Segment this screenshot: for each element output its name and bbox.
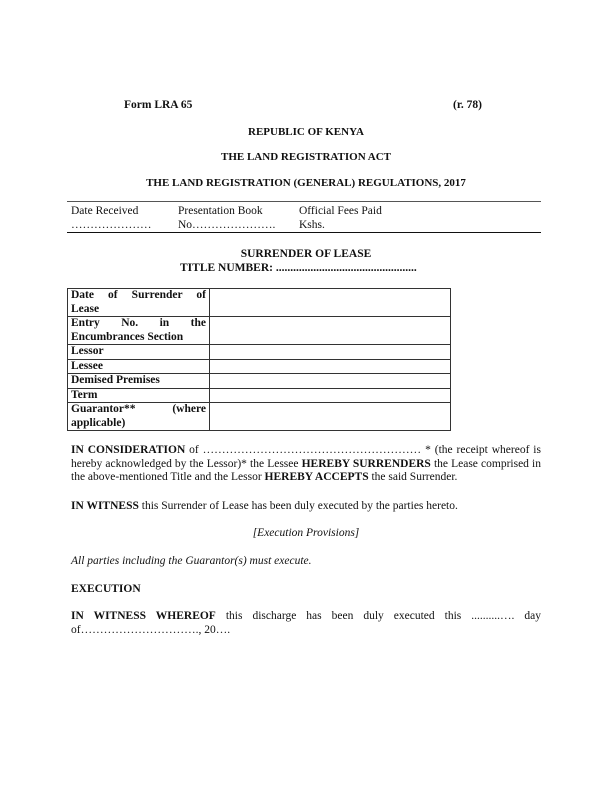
divider-top (67, 201, 541, 202)
row-label: Demised Premises (68, 374, 210, 389)
table-row: Date of Surrender of Lease (68, 289, 451, 317)
row-label: Date of Surrender of Lease (68, 289, 210, 317)
regulations-heading: THE LAND REGISTRATION (GENERAL) REGULATI… (0, 177, 612, 189)
official-fees-label: Official Fees Paid (299, 204, 382, 218)
execution-heading: EXECUTION (71, 583, 141, 595)
row-label: Guarantor** (where applicable) (68, 403, 210, 431)
lease-details-table: Date of Surrender of Lease Entry No. in … (67, 288, 451, 431)
date-of-surrender-value[interactable] (210, 289, 451, 317)
consideration-paragraph: IN CONSIDERATION of ………………………………………………… … (71, 444, 541, 485)
form-number: Form LRA 65 (124, 99, 192, 111)
row-label: Entry No. in the Encumbrances Section (68, 317, 210, 345)
witness-whereof-paragraph: IN WITNESS WHEREOF this discharge has be… (71, 610, 541, 637)
lessee-value[interactable] (210, 359, 451, 374)
all-parties-note: All parties including the Guarantor(s) m… (71, 555, 312, 567)
title-number-line: TITLE NUMBER: ..........................… (180, 262, 417, 274)
row-label: Term (68, 388, 210, 403)
date-received-field: Date Received ………………… (71, 204, 152, 232)
act-heading: THE LAND REGISTRATION ACT (0, 151, 612, 163)
execution-provisions-note: [Execution Provisions] (0, 527, 612, 539)
official-fees-currency: Kshs. (299, 218, 382, 232)
row-label: Lessor (68, 345, 210, 360)
table-row: Entry No. in the Encumbrances Section (68, 317, 451, 345)
official-fees-field: Official Fees Paid Kshs. (299, 204, 382, 232)
divider-bottom (67, 232, 541, 233)
presentation-book-field: Presentation Book No…………………. (178, 204, 275, 232)
entry-number-value[interactable] (210, 317, 451, 345)
rule-reference: (r. 78) (453, 99, 482, 111)
row-label: Lessee (68, 359, 210, 374)
republic-heading: REPUBLIC OF KENYA (0, 126, 612, 138)
witness-paragraph: IN WITNESS this Surrender of Lease has b… (71, 500, 541, 514)
table-row: Lessee (68, 359, 451, 374)
table-row: Term (68, 388, 451, 403)
document-title: SURRENDER OF LEASE (0, 248, 612, 260)
presentation-book-label: Presentation Book (178, 204, 275, 218)
guarantor-value[interactable] (210, 403, 451, 431)
title-number-blank: ........................................… (276, 262, 417, 274)
title-number-label: TITLE NUMBER: (180, 262, 273, 274)
term-value[interactable] (210, 388, 451, 403)
date-received-label: Date Received (71, 204, 152, 218)
presentation-book-blank: No…………………. (178, 218, 275, 232)
demised-premises-value[interactable] (210, 374, 451, 389)
table-row: Lessor (68, 345, 451, 360)
table-row: Demised Premises (68, 374, 451, 389)
date-received-blank: ………………… (71, 218, 152, 232)
lessor-value[interactable] (210, 345, 451, 360)
table-row: Guarantor** (where applicable) (68, 403, 451, 431)
